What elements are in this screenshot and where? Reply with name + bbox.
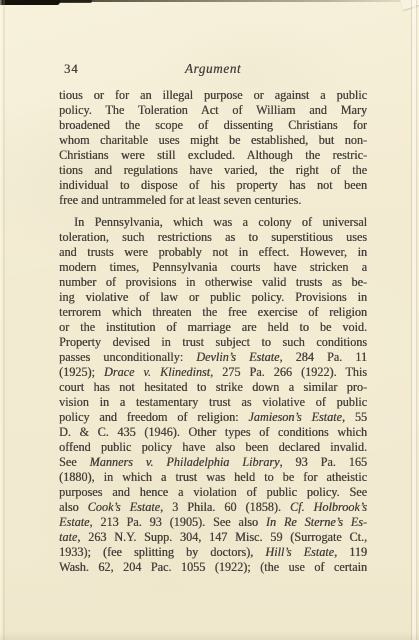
- text-segment: (1880), in which a trust was held to be …: [59, 470, 367, 484]
- text-segment: terrorem which threaten the free exercis…: [59, 305, 367, 319]
- text-segment: and trusts were probably not in effect. …: [59, 245, 367, 259]
- text-line: free and untrammeled for at least seven …: [59, 193, 367, 208]
- text-line: number of provisions in otherwise valid …: [59, 275, 367, 290]
- text-block: 34 Argument tious or for an illegal purp…: [59, 61, 367, 575]
- citation-italic: Devlin’s Estate: [196, 350, 279, 364]
- text-line: tions and regulations have varied, the r…: [59, 163, 367, 178]
- text-segment: 1933); (fee splitting by doctors),: [59, 545, 265, 559]
- text-segment: , 275 Pa. 266 (1922). This: [210, 365, 367, 379]
- citation-italic: Estate: [59, 515, 89, 529]
- text-segment: , 93 Pa. 165: [279, 455, 367, 469]
- text-line: policy. The Toleration Act of William an…: [59, 103, 367, 118]
- text-segment: D. & C. 435 (1946). Other types of condi…: [59, 425, 367, 439]
- text-segment: broadened the scope of dissenting Christ…: [59, 118, 367, 132]
- text-segment: modern times, Pennsylvania courts have s…: [59, 260, 367, 274]
- text-line: passes unconditionally: Devlin’s Estate,…: [59, 350, 367, 365]
- text-line: modern times, Pennsylvania courts have s…: [59, 260, 367, 275]
- text-line: Wash. 62, 204 Pac. 1055 (1922); (the use…: [59, 560, 367, 575]
- text-segment: Wash. 62, 204 Pac. 1055 (1922); (the use…: [59, 560, 367, 574]
- text-line: In Pennsylvania, which was a colony of u…: [59, 215, 367, 230]
- text-line: Christians were still excluded. Although…: [59, 148, 367, 163]
- citation-italic: Cook’s Estate: [88, 500, 160, 514]
- text-line: also Cook’s Estate, 3 Phila. 60 (1858). …: [59, 500, 367, 515]
- text-body: tious or for an illegal purpose or again…: [59, 88, 367, 575]
- page-header: 34 Argument: [59, 61, 367, 77]
- citation-italic: In Re Sterne’s Es-: [266, 515, 367, 529]
- text-line: broadened the scope of dissenting Christ…: [59, 118, 367, 133]
- text-line: offend public policy have also been decl…: [59, 440, 367, 455]
- text-segment: vision in a testamentary trust as violat…: [59, 395, 367, 409]
- text-line: whom charitable uses might be establishe…: [59, 133, 367, 148]
- paragraph: In Pennsylvania, which was a colony of u…: [59, 215, 367, 575]
- scanned-page: 34 Argument tious or for an illegal purp…: [0, 0, 419, 640]
- text-segment: ing violative of law or public policy. P…: [59, 290, 367, 304]
- text-line: terrorem which threaten the free exercis…: [59, 305, 367, 320]
- text-line: D. & C. 435 (1946). Other types of condi…: [59, 425, 367, 440]
- scan-edge-top-band: [0, 0, 60, 5]
- citation-italic: Manners v. Philadelphia Library: [90, 455, 280, 469]
- text-segment: passes unconditionally:: [59, 350, 196, 364]
- text-segment: free and untrammeled for at least seven …: [59, 193, 301, 207]
- page-number: 34: [64, 62, 79, 77]
- text-segment: Christians were still excluded. Although…: [59, 148, 367, 162]
- text-line: policy and freedom of religion: Jamieson…: [59, 410, 367, 425]
- page-edge-bottom: [0, 632, 419, 640]
- text-segment: Property devised in trust subject to suc…: [59, 335, 367, 349]
- text-line: purposes and hence a violation of public…: [59, 485, 367, 500]
- text-line: toleration, such restrictions as to supe…: [59, 230, 367, 245]
- text-line: See Manners v. Philadelphia Library, 93 …: [59, 455, 367, 470]
- text-segment: whom charitable uses might be establishe…: [59, 133, 367, 147]
- scan-corner-notch: [400, 0, 419, 10]
- text-segment: policy. The Toleration Act of William an…: [59, 103, 367, 117]
- text-line: Estate, 213 Pa. 93 (1905). See also In R…: [59, 515, 367, 530]
- text-segment: , 3 Phila. 60 (1858).: [160, 500, 290, 514]
- citation-italic: tate: [59, 530, 77, 544]
- text-line: court has not hesitated to strike down a…: [59, 380, 367, 395]
- text-segment: court has not hesitated to strike down a…: [59, 380, 367, 394]
- text-line: and trusts were probably not in effect. …: [59, 245, 367, 260]
- text-segment: policy and freedom of religion:: [59, 410, 248, 424]
- scan-edge-top-band-fade: [58, 0, 92, 3]
- citation-italic: Drace v. Klinedinst: [104, 365, 210, 379]
- text-line: ing violative of law or public policy. P…: [59, 290, 367, 305]
- text-line: vision in a testamentary trust as violat…: [59, 395, 367, 410]
- text-segment: , 119: [334, 545, 367, 559]
- text-segment: number of provisions in otherwise valid …: [59, 275, 367, 289]
- text-segment: toleration, such restrictions as to supe…: [59, 230, 367, 244]
- citation-italic: Jamieson’s Estate: [248, 410, 342, 424]
- text-line: Property devised in trust subject to suc…: [59, 335, 367, 350]
- text-segment: See: [59, 455, 90, 469]
- page-edge-right: [412, 0, 416, 640]
- text-line: (1925); Drace v. Klinedinst, 275 Pa. 266…: [59, 365, 367, 380]
- citation-italic: Cf. Holbrook’s: [290, 500, 367, 514]
- text-segment: offend public policy have also been decl…: [59, 440, 367, 454]
- text-segment: (1925);: [59, 365, 104, 379]
- text-segment: or the institution of marriage are held …: [59, 320, 367, 334]
- paragraph: tious or for an illegal purpose or again…: [59, 88, 367, 208]
- text-segment: , 284 Pa. 11: [279, 350, 367, 364]
- running-head: Argument: [59, 61, 367, 77]
- text-segment: tious or for an illegal purpose or again…: [59, 88, 367, 102]
- text-segment: also: [59, 500, 88, 514]
- text-segment: , 263 N.Y. Supp. 304, 147 Misc. 59 (Surr…: [77, 530, 367, 544]
- text-segment: In Pennsylvania, which was a colony of u…: [74, 215, 367, 229]
- text-segment: individual to dispose of his property ha…: [59, 178, 367, 192]
- text-line: tious or for an illegal purpose or again…: [59, 88, 367, 103]
- text-line: individual to dispose of his property ha…: [59, 178, 367, 193]
- text-segment: purposes and hence a violation of public…: [59, 485, 367, 499]
- text-segment: , 55: [342, 410, 367, 424]
- text-segment: , 213 Pa. 93 (1905). See also: [89, 515, 265, 529]
- text-segment: tions and regulations have varied, the r…: [59, 163, 367, 177]
- text-line: tate, 263 N.Y. Supp. 304, 147 Misc. 59 (…: [59, 530, 367, 545]
- page-edge-left: [0, 0, 3, 640]
- text-line: 1933); (fee splitting by doctors), Hill’…: [59, 545, 367, 560]
- text-line: (1880), in which a trust was held to be …: [59, 470, 367, 485]
- citation-italic: Hill’s Estate: [265, 545, 334, 559]
- text-line: or the institution of marriage are held …: [59, 320, 367, 335]
